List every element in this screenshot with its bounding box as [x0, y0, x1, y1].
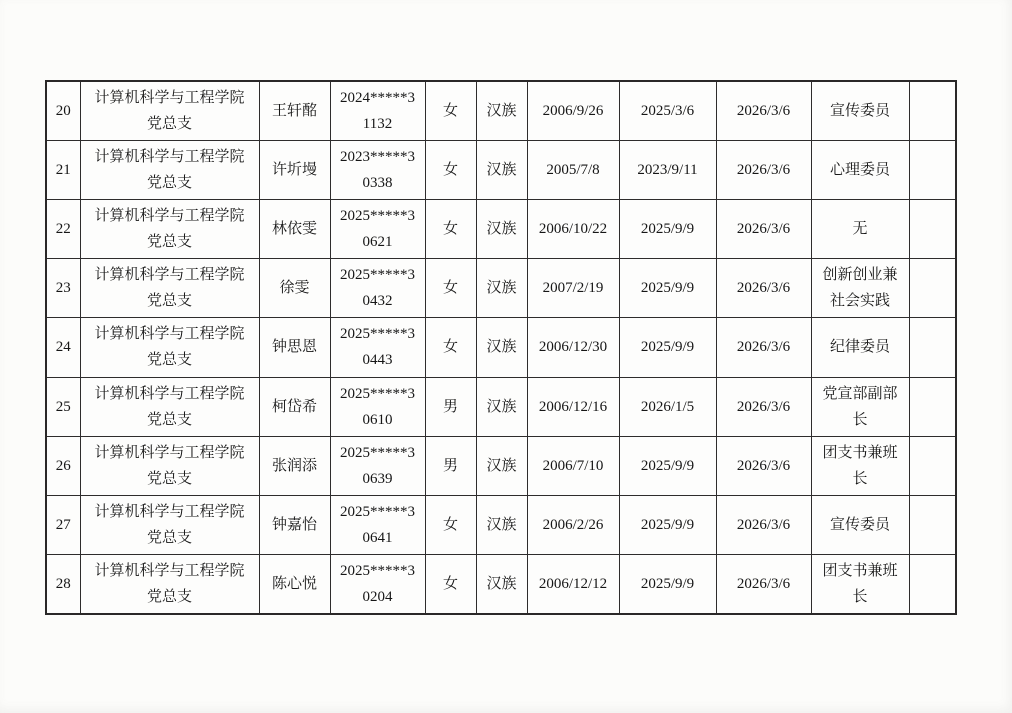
cell-student-id: 2025*****3 0204	[330, 555, 425, 614]
position-title: 宣传委员	[820, 512, 900, 538]
start-date: 2025/9/9	[641, 221, 694, 237]
end-date: 2026/3/6	[737, 458, 790, 474]
student-id-masked: 2025*****3 0641	[331, 499, 425, 551]
student-id-line-1: 2025*****3	[331, 381, 425, 407]
table-row: 26 计算机科学与工程学院党总支 张润添 2025*****3 0639 男 汉…	[46, 436, 956, 495]
member-roster-table: 20 计算机科学与工程学院党总支 王轩酩 2024*****3 1132 女 汉…	[45, 80, 957, 615]
student-id-masked: 2025*****3 0443	[331, 321, 425, 373]
cell-row-number: 27	[46, 496, 80, 555]
cell-student-id: 2025*****3 0639	[330, 436, 425, 495]
cell-birth-date: 2007/2/19	[527, 259, 619, 318]
member-name: 钟思恩	[272, 339, 317, 355]
student-id-line-1: 2023*****3	[331, 144, 425, 170]
cell-start-date: 2023/9/11	[619, 140, 716, 199]
cell-party-branch: 计算机科学与工程学院党总支	[80, 199, 259, 258]
cell-member-name: 徐雯	[259, 259, 330, 318]
start-date: 2025/9/9	[641, 517, 694, 533]
row-number: 28	[56, 576, 71, 592]
cell-ethnicity: 汉族	[476, 436, 527, 495]
cell-student-id: 2025*****3 0610	[330, 377, 425, 436]
cell-start-date: 2026/1/5	[619, 377, 716, 436]
gender-value: 男	[443, 458, 458, 474]
cell-row-number: 22	[46, 199, 80, 258]
birth-date: 2006/9/26	[543, 103, 604, 119]
start-date: 2025/9/9	[641, 280, 694, 296]
cell-party-branch: 计算机科学与工程学院党总支	[80, 81, 259, 140]
ethnicity-value: 汉族	[486, 399, 516, 415]
student-id-line-2: 1132	[331, 111, 425, 137]
cell-start-date: 2025/9/9	[619, 436, 716, 495]
cell-party-branch: 计算机科学与工程学院党总支	[80, 259, 259, 318]
student-id-masked: 2025*****3 0432	[331, 262, 425, 314]
cell-remark	[909, 259, 956, 318]
ethnicity-value: 汉族	[486, 162, 516, 178]
position-title: 党宣部副部长	[820, 381, 900, 433]
member-name: 王轩酩	[272, 103, 317, 119]
row-number: 20	[56, 103, 71, 119]
cell-gender: 男	[425, 436, 476, 495]
cell-end-date: 2026/3/6	[716, 81, 811, 140]
party-branch-name: 计算机科学与工程学院党总支	[92, 558, 248, 610]
cell-gender: 女	[425, 140, 476, 199]
position-title: 团支书兼班长	[820, 440, 900, 492]
cell-member-name: 王轩酩	[259, 81, 330, 140]
cell-gender: 女	[425, 555, 476, 614]
cell-party-branch: 计算机科学与工程学院党总支	[80, 318, 259, 377]
cell-gender: 女	[425, 81, 476, 140]
cell-birth-date: 2006/12/12	[527, 555, 619, 614]
student-id-masked: 2025*****3 0639	[331, 440, 425, 492]
cell-student-id: 2025*****3 0641	[330, 496, 425, 555]
end-date: 2026/3/6	[737, 280, 790, 296]
cell-start-date: 2025/9/9	[619, 496, 716, 555]
student-id-line-2: 0338	[331, 170, 425, 196]
birth-date: 2006/7/10	[543, 458, 604, 474]
gender-value: 女	[443, 339, 458, 355]
cell-gender: 女	[425, 199, 476, 258]
cell-member-name: 柯岱希	[259, 377, 330, 436]
student-id-line-2: 0610	[331, 407, 425, 433]
student-id-masked: 2024*****3 1132	[331, 85, 425, 137]
cell-ethnicity: 汉族	[476, 199, 527, 258]
cell-position: 宣传委员	[811, 496, 909, 555]
cell-end-date: 2026/3/6	[716, 496, 811, 555]
cell-position: 宣传委员	[811, 81, 909, 140]
end-date: 2026/3/6	[737, 517, 790, 533]
member-name: 陈心悦	[272, 576, 317, 592]
row-number: 23	[56, 280, 71, 296]
end-date: 2026/3/6	[737, 576, 790, 592]
cell-end-date: 2026/3/6	[716, 318, 811, 377]
position-title: 心理委员	[820, 157, 900, 183]
party-branch-name: 计算机科学与工程学院党总支	[92, 499, 248, 551]
student-id-masked: 2025*****3 0610	[331, 381, 425, 433]
student-id-line-1: 2025*****3	[331, 203, 425, 229]
row-number: 24	[56, 339, 71, 355]
ethnicity-value: 汉族	[486, 280, 516, 296]
student-id-masked: 2025*****3 0621	[331, 203, 425, 255]
party-branch-name: 计算机科学与工程学院党总支	[92, 321, 248, 373]
cell-birth-date: 2005/7/8	[527, 140, 619, 199]
party-branch-name: 计算机科学与工程学院党总支	[92, 381, 248, 433]
party-branch-name: 计算机科学与工程学院党总支	[92, 440, 248, 492]
end-date: 2026/3/6	[737, 162, 790, 178]
birth-date: 2005/7/8	[546, 162, 599, 178]
position-title: 纪律委员	[820, 334, 900, 360]
cell-ethnicity: 汉族	[476, 140, 527, 199]
ethnicity-value: 汉族	[486, 339, 516, 355]
member-name: 张润添	[272, 458, 317, 474]
table-row: 24 计算机科学与工程学院党总支 钟思恩 2025*****3 0443 女 汉…	[46, 318, 956, 377]
cell-ethnicity: 汉族	[476, 377, 527, 436]
cell-ethnicity: 汉族	[476, 259, 527, 318]
table-row: 27 计算机科学与工程学院党总支 钟嘉怡 2025*****3 0641 女 汉…	[46, 496, 956, 555]
cell-member-name: 林依雯	[259, 199, 330, 258]
birth-date: 2006/10/22	[539, 221, 607, 237]
row-number: 21	[56, 162, 71, 178]
cell-row-number: 21	[46, 140, 80, 199]
party-branch-name: 计算机科学与工程学院党总支	[92, 85, 248, 137]
cell-row-number: 23	[46, 259, 80, 318]
cell-birth-date: 2006/10/22	[527, 199, 619, 258]
cell-remark	[909, 555, 956, 614]
cell-member-name: 许圻墁	[259, 140, 330, 199]
cell-birth-date: 2006/7/10	[527, 436, 619, 495]
cell-row-number: 25	[46, 377, 80, 436]
cell-remark	[909, 436, 956, 495]
row-number: 27	[56, 517, 71, 533]
gender-value: 女	[443, 280, 458, 296]
cell-ethnicity: 汉族	[476, 318, 527, 377]
cell-end-date: 2026/3/6	[716, 259, 811, 318]
position-title: 无	[820, 216, 900, 242]
table-row: 20 计算机科学与工程学院党总支 王轩酩 2024*****3 1132 女 汉…	[46, 81, 956, 140]
student-id-line-2: 0639	[331, 466, 425, 492]
cell-position: 纪律委员	[811, 318, 909, 377]
student-id-masked: 2023*****3 0338	[331, 144, 425, 196]
cell-party-branch: 计算机科学与工程学院党总支	[80, 140, 259, 199]
cell-remark	[909, 81, 956, 140]
table-row: 25 计算机科学与工程学院党总支 柯岱希 2025*****3 0610 男 汉…	[46, 377, 956, 436]
end-date: 2026/3/6	[737, 399, 790, 415]
member-name: 林依雯	[272, 221, 317, 237]
birth-date: 2007/2/19	[543, 280, 604, 296]
cell-student-id: 2025*****3 0443	[330, 318, 425, 377]
cell-student-id: 2024*****3 1132	[330, 81, 425, 140]
cell-start-date: 2025/3/6	[619, 81, 716, 140]
cell-student-id: 2025*****3 0621	[330, 199, 425, 258]
scanned-document-page: 20 计算机科学与工程学院党总支 王轩酩 2024*****3 1132 女 汉…	[0, 0, 1012, 713]
cell-end-date: 2026/3/6	[716, 436, 811, 495]
position-title: 宣传委员	[820, 98, 900, 124]
cell-party-branch: 计算机科学与工程学院党总支	[80, 377, 259, 436]
student-id-line-1: 2025*****3	[331, 440, 425, 466]
roster-table-body: 20 计算机科学与工程学院党总支 王轩酩 2024*****3 1132 女 汉…	[46, 81, 956, 614]
cell-ethnicity: 汉族	[476, 81, 527, 140]
end-date: 2026/3/6	[737, 221, 790, 237]
start-date: 2026/1/5	[641, 399, 694, 415]
gender-value: 女	[443, 517, 458, 533]
cell-birth-date: 2006/12/16	[527, 377, 619, 436]
party-branch-name: 计算机科学与工程学院党总支	[92, 262, 248, 314]
cell-start-date: 2025/9/9	[619, 555, 716, 614]
end-date: 2026/3/6	[737, 103, 790, 119]
student-id-line-2: 0204	[331, 584, 425, 610]
cell-gender: 女	[425, 496, 476, 555]
cell-position: 创新创业兼社会实践	[811, 259, 909, 318]
cell-party-branch: 计算机科学与工程学院党总支	[80, 436, 259, 495]
cell-row-number: 28	[46, 555, 80, 614]
cell-ethnicity: 汉族	[476, 496, 527, 555]
gender-value: 女	[443, 221, 458, 237]
cell-member-name: 张润添	[259, 436, 330, 495]
cell-end-date: 2026/3/6	[716, 140, 811, 199]
cell-birth-date: 2006/2/26	[527, 496, 619, 555]
birth-date: 2006/12/16	[539, 399, 607, 415]
cell-birth-date: 2006/9/26	[527, 81, 619, 140]
cell-end-date: 2026/3/6	[716, 555, 811, 614]
cell-position: 团支书兼班长	[811, 555, 909, 614]
cell-row-number: 26	[46, 436, 80, 495]
row-number: 22	[56, 221, 71, 237]
cell-member-name: 钟思恩	[259, 318, 330, 377]
cell-row-number: 20	[46, 81, 80, 140]
cell-position: 无	[811, 199, 909, 258]
birth-date: 2006/2/26	[543, 517, 604, 533]
student-id-line-1: 2025*****3	[331, 262, 425, 288]
table-row: 21 计算机科学与工程学院党总支 许圻墁 2023*****3 0338 女 汉…	[46, 140, 956, 199]
member-name: 许圻墁	[272, 162, 317, 178]
member-name: 徐雯	[279, 280, 309, 296]
cell-end-date: 2026/3/6	[716, 199, 811, 258]
cell-party-branch: 计算机科学与工程学院党总支	[80, 496, 259, 555]
cell-birth-date: 2006/12/30	[527, 318, 619, 377]
party-branch-name: 计算机科学与工程学院党总支	[92, 144, 248, 196]
student-id-line-2: 0641	[331, 525, 425, 551]
position-title: 团支书兼班长	[820, 558, 900, 610]
table-row: 22 计算机科学与工程学院党总支 林依雯 2025*****3 0621 女 汉…	[46, 199, 956, 258]
cell-student-id: 2025*****3 0432	[330, 259, 425, 318]
cell-remark	[909, 140, 956, 199]
student-id-line-1: 2025*****3	[331, 321, 425, 347]
student-id-masked: 2025*****3 0204	[331, 558, 425, 610]
student-id-line-2: 0443	[331, 347, 425, 373]
cell-student-id: 2023*****3 0338	[330, 140, 425, 199]
student-id-line-1: 2024*****3	[331, 85, 425, 111]
gender-value: 女	[443, 103, 458, 119]
student-id-line-2: 0432	[331, 288, 425, 314]
cell-start-date: 2025/9/9	[619, 259, 716, 318]
student-id-line-2: 0621	[331, 229, 425, 255]
cell-gender: 女	[425, 259, 476, 318]
cell-gender: 男	[425, 377, 476, 436]
cell-position: 党宣部副部长	[811, 377, 909, 436]
ethnicity-value: 汉族	[486, 221, 516, 237]
row-number: 25	[56, 399, 71, 415]
cell-position: 心理委员	[811, 140, 909, 199]
cell-start-date: 2025/9/9	[619, 199, 716, 258]
cell-position: 团支书兼班长	[811, 436, 909, 495]
ethnicity-value: 汉族	[486, 576, 516, 592]
birth-date: 2006/12/12	[539, 576, 607, 592]
cell-member-name: 陈心悦	[259, 555, 330, 614]
gender-value: 男	[443, 399, 458, 415]
start-date: 2025/9/9	[641, 458, 694, 474]
start-date: 2025/9/9	[641, 339, 694, 355]
start-date: 2025/9/9	[641, 576, 694, 592]
cell-party-branch: 计算机科学与工程学院党总支	[80, 555, 259, 614]
student-id-line-1: 2025*****3	[331, 499, 425, 525]
start-date: 2025/3/6	[641, 103, 694, 119]
cell-ethnicity: 汉族	[476, 555, 527, 614]
cell-remark	[909, 496, 956, 555]
cell-remark	[909, 377, 956, 436]
cell-row-number: 24	[46, 318, 80, 377]
cell-start-date: 2025/9/9	[619, 318, 716, 377]
start-date: 2023/9/11	[637, 162, 697, 178]
cell-gender: 女	[425, 318, 476, 377]
cell-remark	[909, 199, 956, 258]
ethnicity-value: 汉族	[486, 103, 516, 119]
row-number: 26	[56, 458, 71, 474]
member-name: 钟嘉怡	[272, 517, 317, 533]
table-row: 23 计算机科学与工程学院党总支 徐雯 2025*****3 0432 女 汉族…	[46, 259, 956, 318]
ethnicity-value: 汉族	[486, 517, 516, 533]
gender-value: 女	[443, 162, 458, 178]
cell-remark	[909, 318, 956, 377]
student-id-line-1: 2025*****3	[331, 558, 425, 584]
cell-member-name: 钟嘉怡	[259, 496, 330, 555]
cell-end-date: 2026/3/6	[716, 377, 811, 436]
party-branch-name: 计算机科学与工程学院党总支	[92, 203, 248, 255]
birth-date: 2006/12/30	[539, 339, 607, 355]
gender-value: 女	[443, 576, 458, 592]
ethnicity-value: 汉族	[486, 458, 516, 474]
table-row: 28 计算机科学与工程学院党总支 陈心悦 2025*****3 0204 女 汉…	[46, 555, 956, 614]
member-name: 柯岱希	[272, 399, 317, 415]
end-date: 2026/3/6	[737, 339, 790, 355]
position-title: 创新创业兼社会实践	[820, 262, 900, 314]
